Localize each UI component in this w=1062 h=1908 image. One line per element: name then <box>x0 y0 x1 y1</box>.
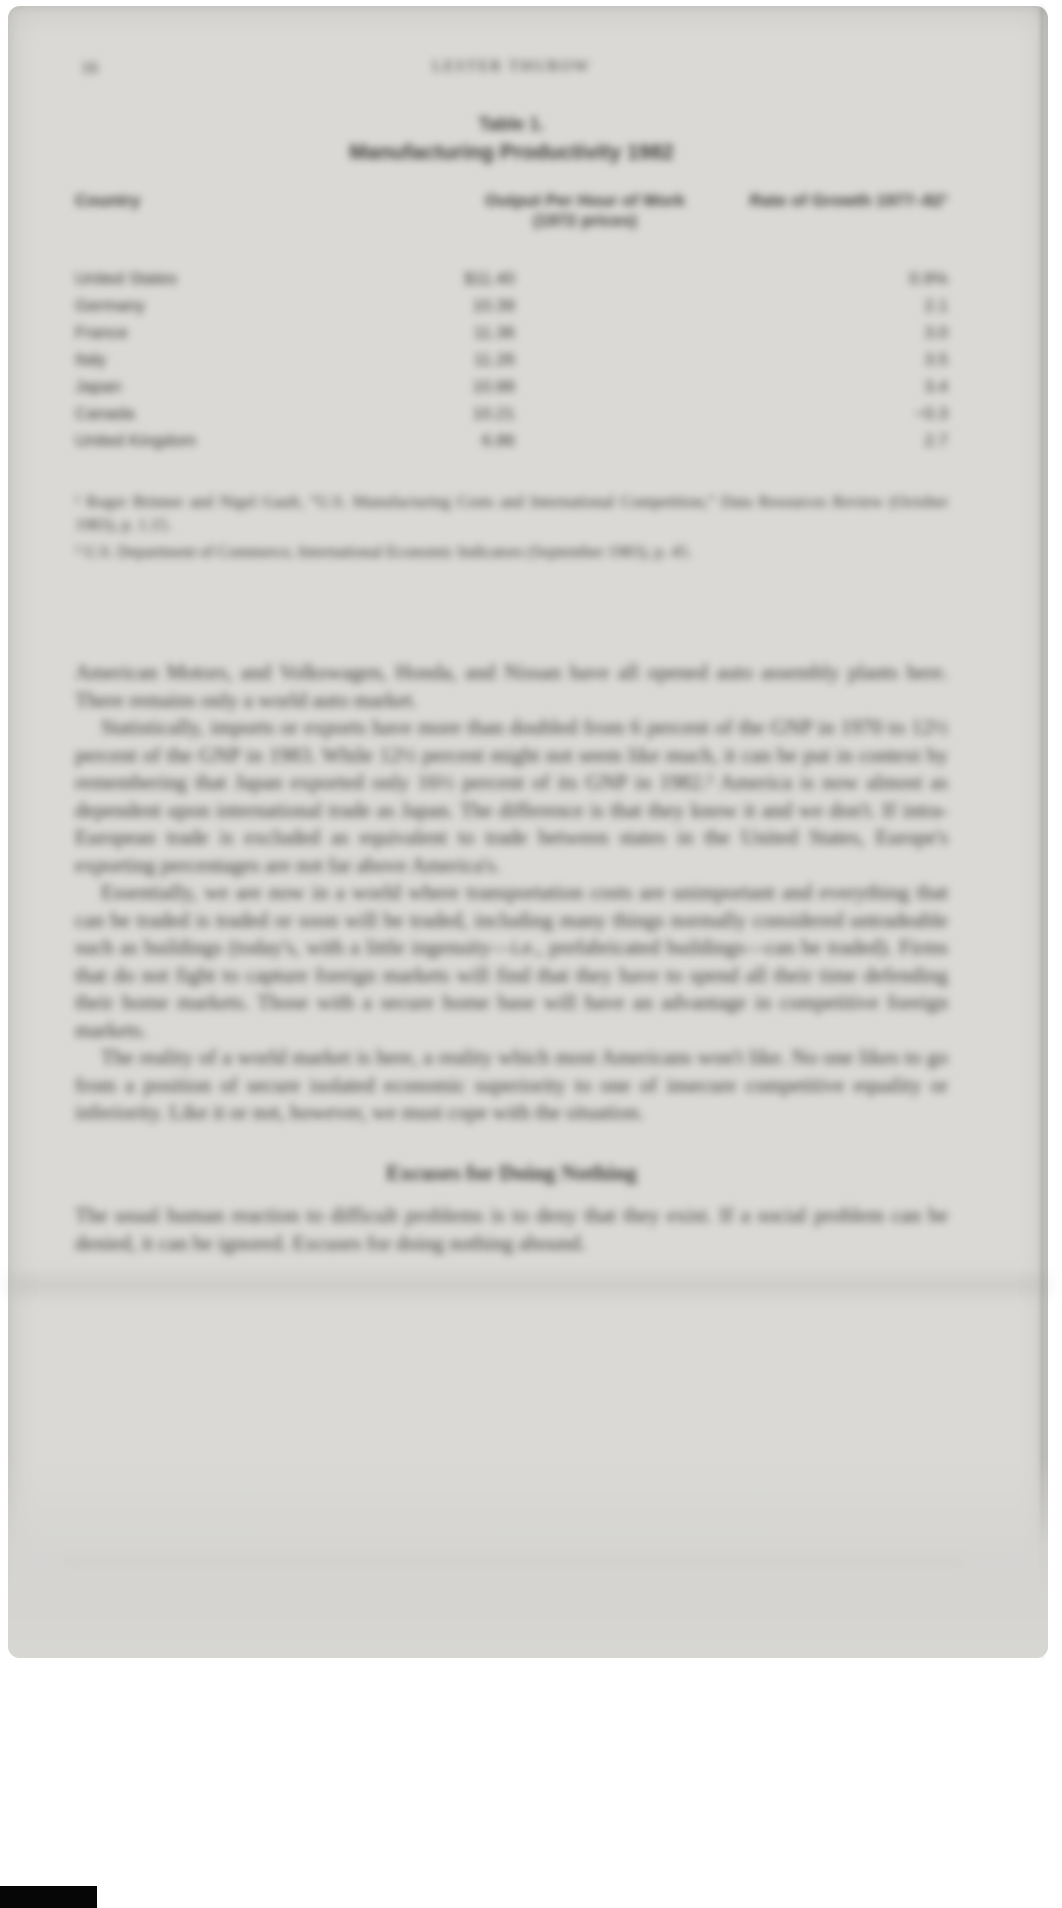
table-cell-growth: 2.1 <box>515 292 948 319</box>
table-cell-growth: 2.7 <box>515 427 948 454</box>
column-header-country: Country <box>75 191 375 231</box>
column-header-output-line2: (1972 prices) <box>435 211 735 231</box>
table-row: France 11.36 3.0 <box>75 319 948 346</box>
column-header-output-line1: Output Per Hour of Work <box>435 191 735 211</box>
table-header-row: Country Output Per Hour of Work (1972 pr… <box>75 191 948 231</box>
table-cell-growth: 3.0 <box>515 319 948 346</box>
table-title: Manufacturing Productivity 1982 <box>75 141 948 165</box>
running-head: LESTER THUROW <box>75 58 948 76</box>
section-heading: Excuses for Doing Nothing <box>75 1159 948 1187</box>
paragraph: Essentially, we are now in a world where… <box>75 879 948 1044</box>
column-header-growth: Rate of Growth 1977–82¹ <box>735 191 948 231</box>
document-page: 16 LESTER THUROW Table 1. Manufacturing … <box>8 6 1048 1658</box>
table-row: United States $11.40 0.9% <box>75 265 948 292</box>
table-footnotes: ¹ Roger Brinner and Nigel Gault, “U.S. M… <box>75 490 948 563</box>
paragraph: Statistically, imports or exports have m… <box>75 714 948 879</box>
paragraph: The reality of a world market is here, a… <box>75 1044 948 1127</box>
table-row: United Kingdom 6.86 2.7 <box>75 427 948 454</box>
page-edge-shadow <box>1041 6 1043 1658</box>
table-label: Table 1. <box>75 114 948 135</box>
table-cell-growth: 0.9% <box>515 265 948 292</box>
table-cell-output: 6.86 <box>375 427 515 454</box>
scanned-page-content: 16 LESTER THUROW Table 1. Manufacturing … <box>8 6 1048 1658</box>
table-cell-output: $11.40 <box>375 265 515 292</box>
table-cell-output: 11.26 <box>375 346 515 373</box>
table-cell-country: France <box>75 319 375 346</box>
bottom-left-black-bar <box>0 1886 97 1908</box>
table-row: Italy 11.26 3.5 <box>75 346 948 373</box>
table-row: Japan 10.88 3.4 <box>75 373 948 400</box>
table-cell-output: 10.39 <box>375 292 515 319</box>
paragraph: The usual human reaction to difficult pr… <box>75 1202 948 1257</box>
table-cell-country: Canada <box>75 400 375 427</box>
table-row: Canada 10.21 −0.3 <box>75 400 948 427</box>
body-text: American Motors, and Volkswagen, Honda, … <box>75 659 948 1257</box>
table-cell-output: 11.36 <box>375 319 515 346</box>
scan-seam-shadow <box>8 1278 1048 1292</box>
paragraph: American Motors, and Volkswagen, Honda, … <box>75 659 948 714</box>
table-cell-output: 10.21 <box>375 400 515 427</box>
column-header-output: Output Per Hour of Work (1972 prices) <box>435 191 735 231</box>
table-cell-output: 10.88 <box>375 373 515 400</box>
table-cell-country: United Kingdom <box>75 427 375 454</box>
table-cell-country: Japan <box>75 373 375 400</box>
table-cell-growth: 3.4 <box>515 373 948 400</box>
table-cell-country: Italy <box>75 346 375 373</box>
table-cell-growth: 3.5 <box>515 346 948 373</box>
table-cell-country: Germany <box>75 292 375 319</box>
productivity-table: Country Output Per Hour of Work (1972 pr… <box>75 191 948 454</box>
footnote-1: ¹ Roger Brinner and Nigel Gault, “U.S. M… <box>75 490 948 536</box>
table-cell-country: United States <box>75 265 375 292</box>
bottom-blur-fade <box>8 1458 1048 1658</box>
table-cell-growth: −0.3 <box>515 400 948 427</box>
table-body: United States $11.40 0.9% Germany 10.39 … <box>75 265 948 454</box>
table-row: Germany 10.39 2.1 <box>75 292 948 319</box>
footnote-2: ² U.S. Department of Commerce, Internati… <box>75 540 948 563</box>
page-header: 16 LESTER THUROW <box>75 58 948 84</box>
